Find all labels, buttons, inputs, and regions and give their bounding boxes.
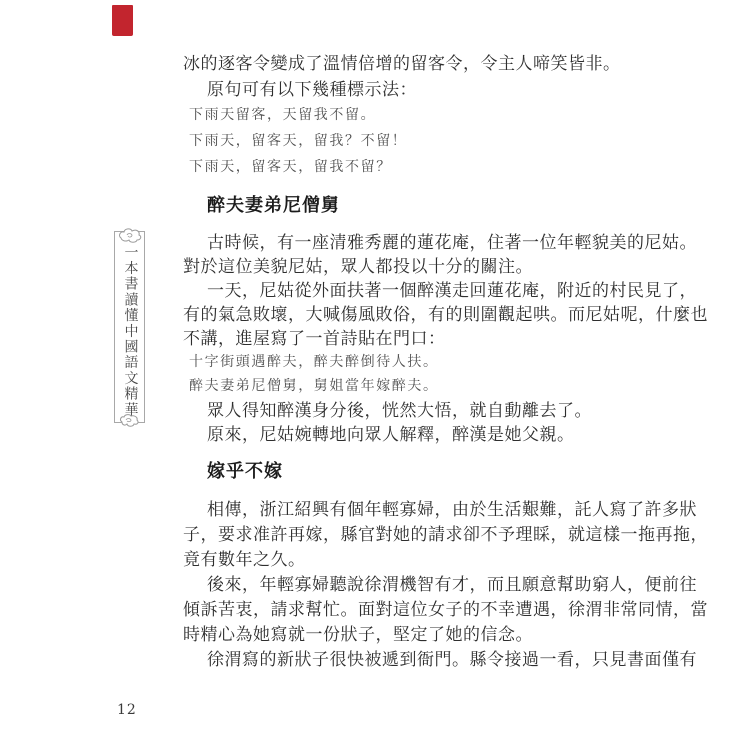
verse-line: 醉夫妻弟尼僧舅，舅姐當年嫁醉夫。	[183, 375, 645, 399]
text-line: 時精心為她寫就一份狀子，堅定了她的信念。	[183, 622, 645, 647]
text-line: 古時候，有一座清雅秀麗的蓮花庵，住著一位年輕貌美的尼姑。	[183, 231, 645, 255]
text-line: 對於這位美貌尼姑，眾人都投以十分的關注。	[183, 255, 645, 279]
text-line: 相傳，浙江紹興有個年輕寡婦，由於生活艱難，託人寫了許多狀	[183, 497, 645, 522]
verse-line: 十字街頭遇醉夫，醉夫醉倒待人扶。	[183, 351, 645, 375]
text-line: 原來，尼姑婉轉地向眾人解釋，醉漢是她父親。	[183, 423, 645, 447]
cloud-ornament-top-icon	[117, 227, 144, 244]
text-line: 原句可有以下幾種標示法：	[183, 77, 645, 103]
verse-line: 下雨天，留客天，留我不留？	[183, 155, 645, 181]
text-line: 子，要求准許再嫁，縣官對她的請求卻不予理睬，就這樣一拖再拖，	[183, 522, 645, 547]
page-number: 12	[117, 702, 137, 718]
text-line: 不講，進屋寫了一首詩貼在門口：	[183, 327, 645, 351]
text-line: 有的氣急敗壞，大喊傷風敗俗，有的則圍觀起哄。而尼姑呢，什麼也	[183, 303, 645, 327]
text-line: 徐渭寫的新狀子很快被遞到衙門。縣令接過一看，只見書面僅有	[183, 647, 645, 672]
text-line: 眾人得知醉漢身分後，恍然大悟，就自動離去了。	[183, 399, 645, 423]
book-spine-title: 一本書讀懂中國語文精華	[120, 232, 140, 422]
spine-ribbon: 一本書讀懂中國語文精華	[114, 231, 145, 423]
text-line: 冰的逐客令變成了溫情倍增的留客令，令主人啼笑皆非。	[183, 51, 645, 77]
book-page: 一本書讀懂中國語文精華 冰的逐客令變成了溫情倍增的留客令，令主人啼笑皆非。原句可…	[0, 0, 750, 750]
verse-line: 下雨天留客，天留我不留。	[183, 103, 645, 129]
cloud-ornament-bottom-icon	[118, 413, 141, 428]
text-line: 一天，尼姑從外面扶著一個醉漢走回蓮花庵，附近的村民見了，	[183, 279, 645, 303]
section-heading: 醉夫妻弟尼僧舅	[183, 192, 645, 218]
text-line: 傾訴苦衷，請求幫忙。面對這位女子的不幸遭遇，徐渭非常同情，當	[183, 597, 645, 622]
verse-line: 下雨天，留客天，留我？不留！	[183, 129, 645, 155]
text-line: 後來，年輕寡婦聽說徐渭機智有才，而且願意幫助窮人，便前往	[183, 572, 645, 597]
bookmark-seal	[112, 5, 133, 36]
text-column: 冰的逐客令變成了溫情倍增的留客令，令主人啼笑皆非。原句可有以下幾種標示法：下雨天…	[183, 51, 645, 672]
section-heading: 嫁乎不嫁	[183, 458, 645, 484]
text-line: 竟有數年之久。	[183, 547, 645, 572]
